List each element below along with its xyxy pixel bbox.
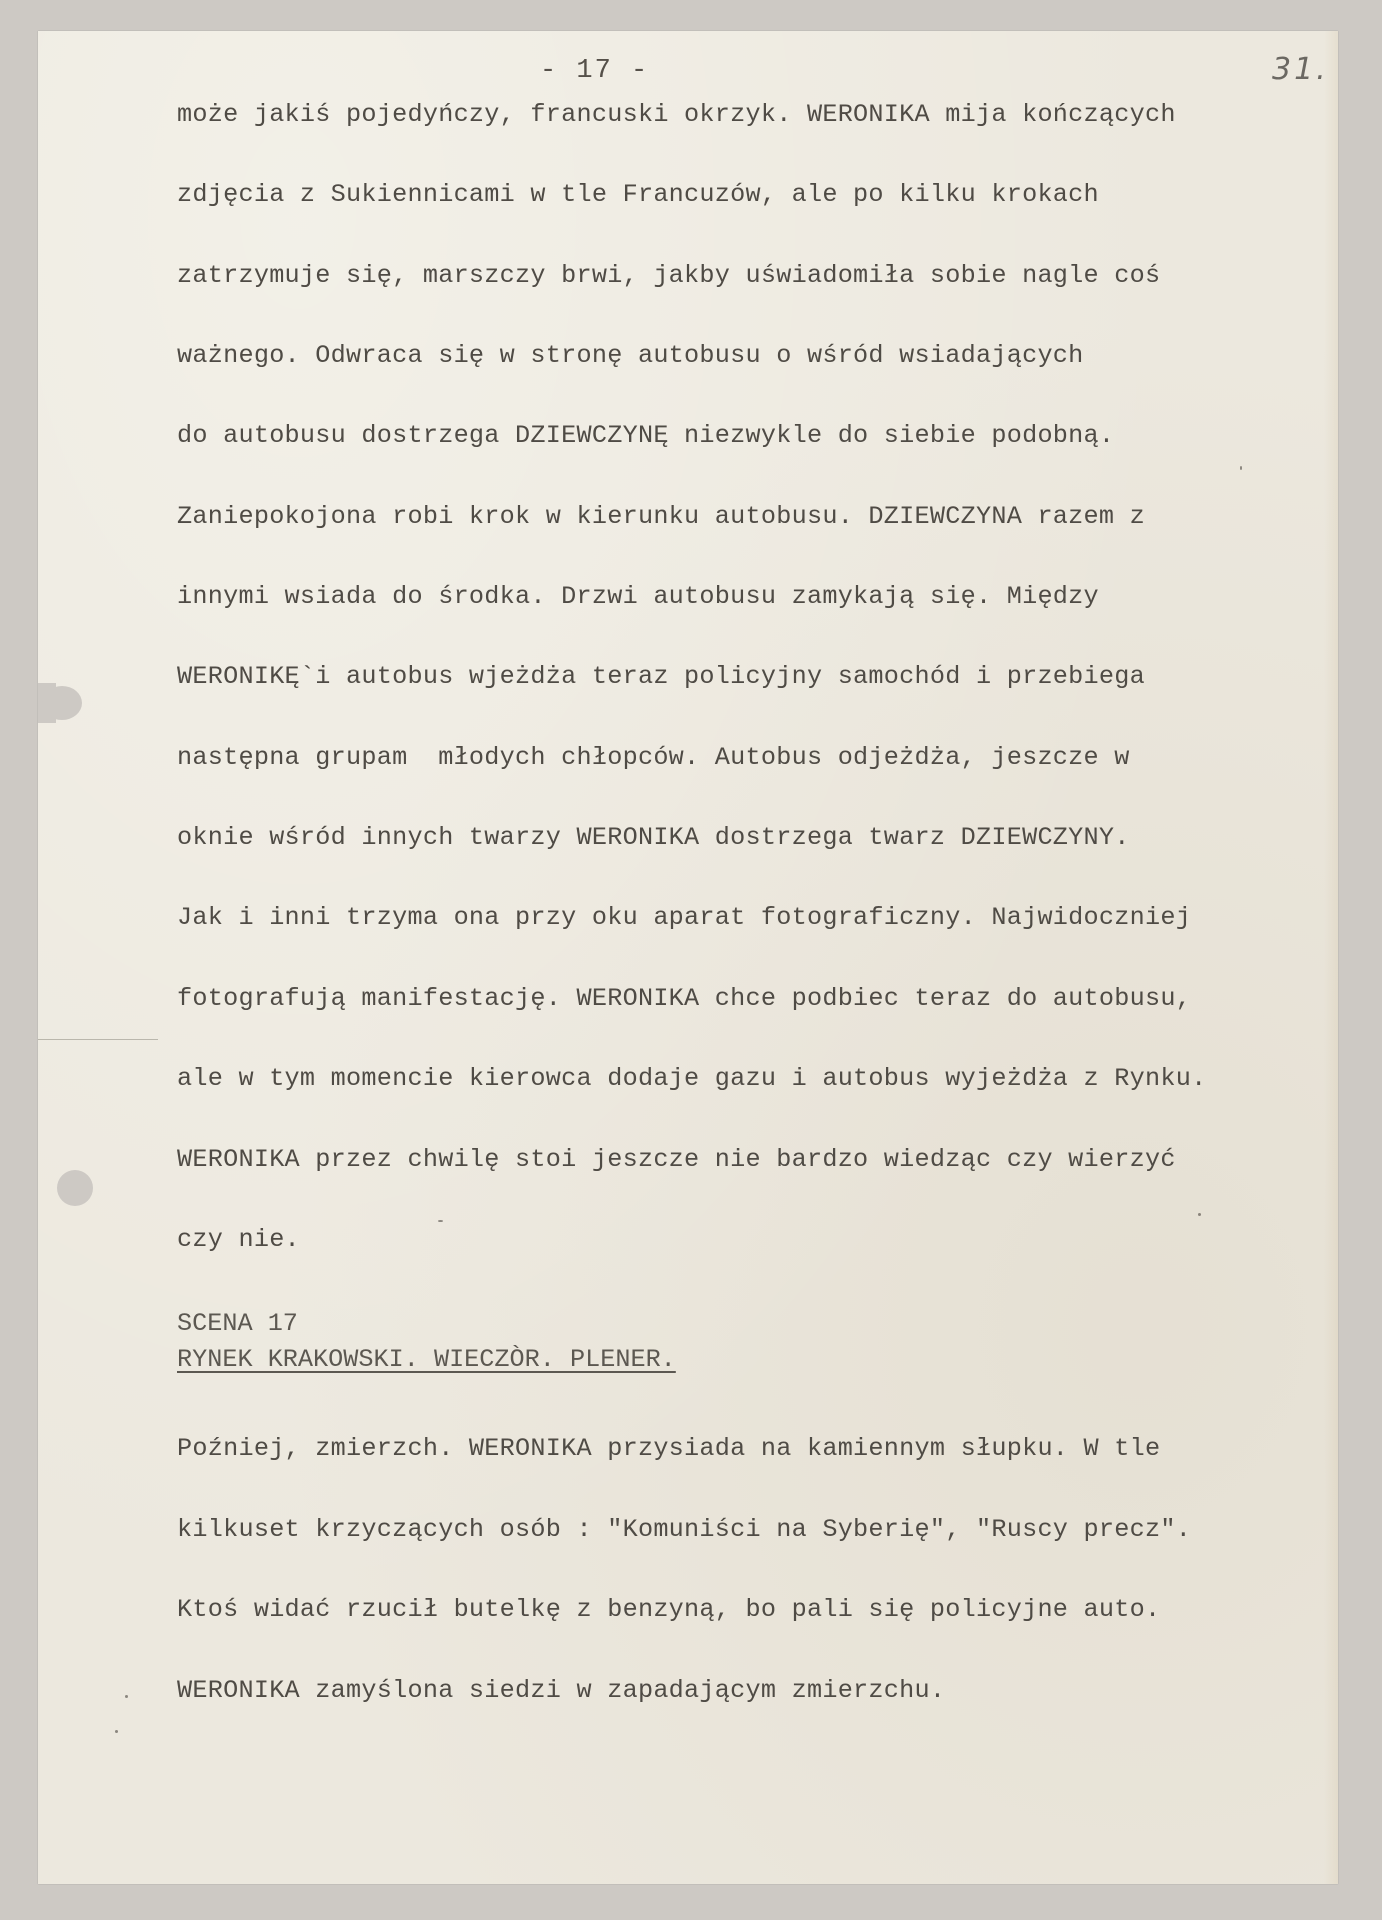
paper-speck <box>1240 466 1242 470</box>
text-line: Poźniej, zmierzch. WERONIKA przysiada na… <box>177 1434 1160 1464</box>
text-line: Zaniepokojona robi krok w kierunku autob… <box>177 502 1145 532</box>
text-line: Ktoś widać rzucił butelkę z benzyną, bo … <box>177 1595 1160 1625</box>
punch-hole-upper <box>42 686 82 720</box>
text-line: do autobusu dostrzega DZIEWCZYNĘ niezwyk… <box>177 421 1114 451</box>
handwritten-archive-number: 31. <box>1272 52 1329 87</box>
text-line: oknie wśród innych twarzy WERONIKA dostr… <box>177 823 1130 853</box>
text-line: WERONIKA zamyślona siedzi w zapadającym … <box>177 1676 945 1706</box>
paper-speck <box>1198 1213 1201 1216</box>
text-line: WERONIKA przez chwilę stoi jeszcze nie b… <box>177 1145 1176 1175</box>
paper-speck <box>438 1220 443 1222</box>
paper-speck <box>125 1695 128 1698</box>
text-line: fotografują manifestację. WERONIKA chce … <box>177 984 1191 1014</box>
scene-heading: SCENA 17 <box>177 1309 298 1339</box>
text-line: Jak i inni trzyma ona przy oku aparat fo… <box>177 903 1191 933</box>
text-line: czy nie. <box>177 1225 300 1255</box>
text-line: innymi wsiada do środka. Drzwi autobusu … <box>177 582 1099 612</box>
text-line: zdjęcia z Sukiennicami w tle Francuzów, … <box>177 180 1099 210</box>
text-line: kilkuset krzyczących osób : "Komuniści n… <box>177 1515 1191 1545</box>
text-line: WERONIKĘ`i autobus wjeżdża teraz policyj… <box>177 662 1145 692</box>
page-number: - 17 - <box>540 56 649 86</box>
punch-hole-lower <box>57 1170 93 1206</box>
text-line: następna grupam młodych chłopców. Autobu… <box>177 743 1130 773</box>
paper-speck <box>115 1730 118 1733</box>
fold-mark <box>38 1039 158 1040</box>
text-line: zatrzymuje się, marszczy brwi, jakby uśw… <box>177 261 1160 291</box>
text-line: ważnego. Odwraca się w stronę autobusu o… <box>177 341 1084 371</box>
scene-location: RYNEK KRAKOWSKI. WIECZÒR. PLENER. <box>177 1345 676 1375</box>
text-line: może jakiś pojedyńczy, francuski okrzyk.… <box>177 100 1176 130</box>
text-line: ale w tym momencie kierowca dodaje gazu … <box>177 1064 1206 1094</box>
